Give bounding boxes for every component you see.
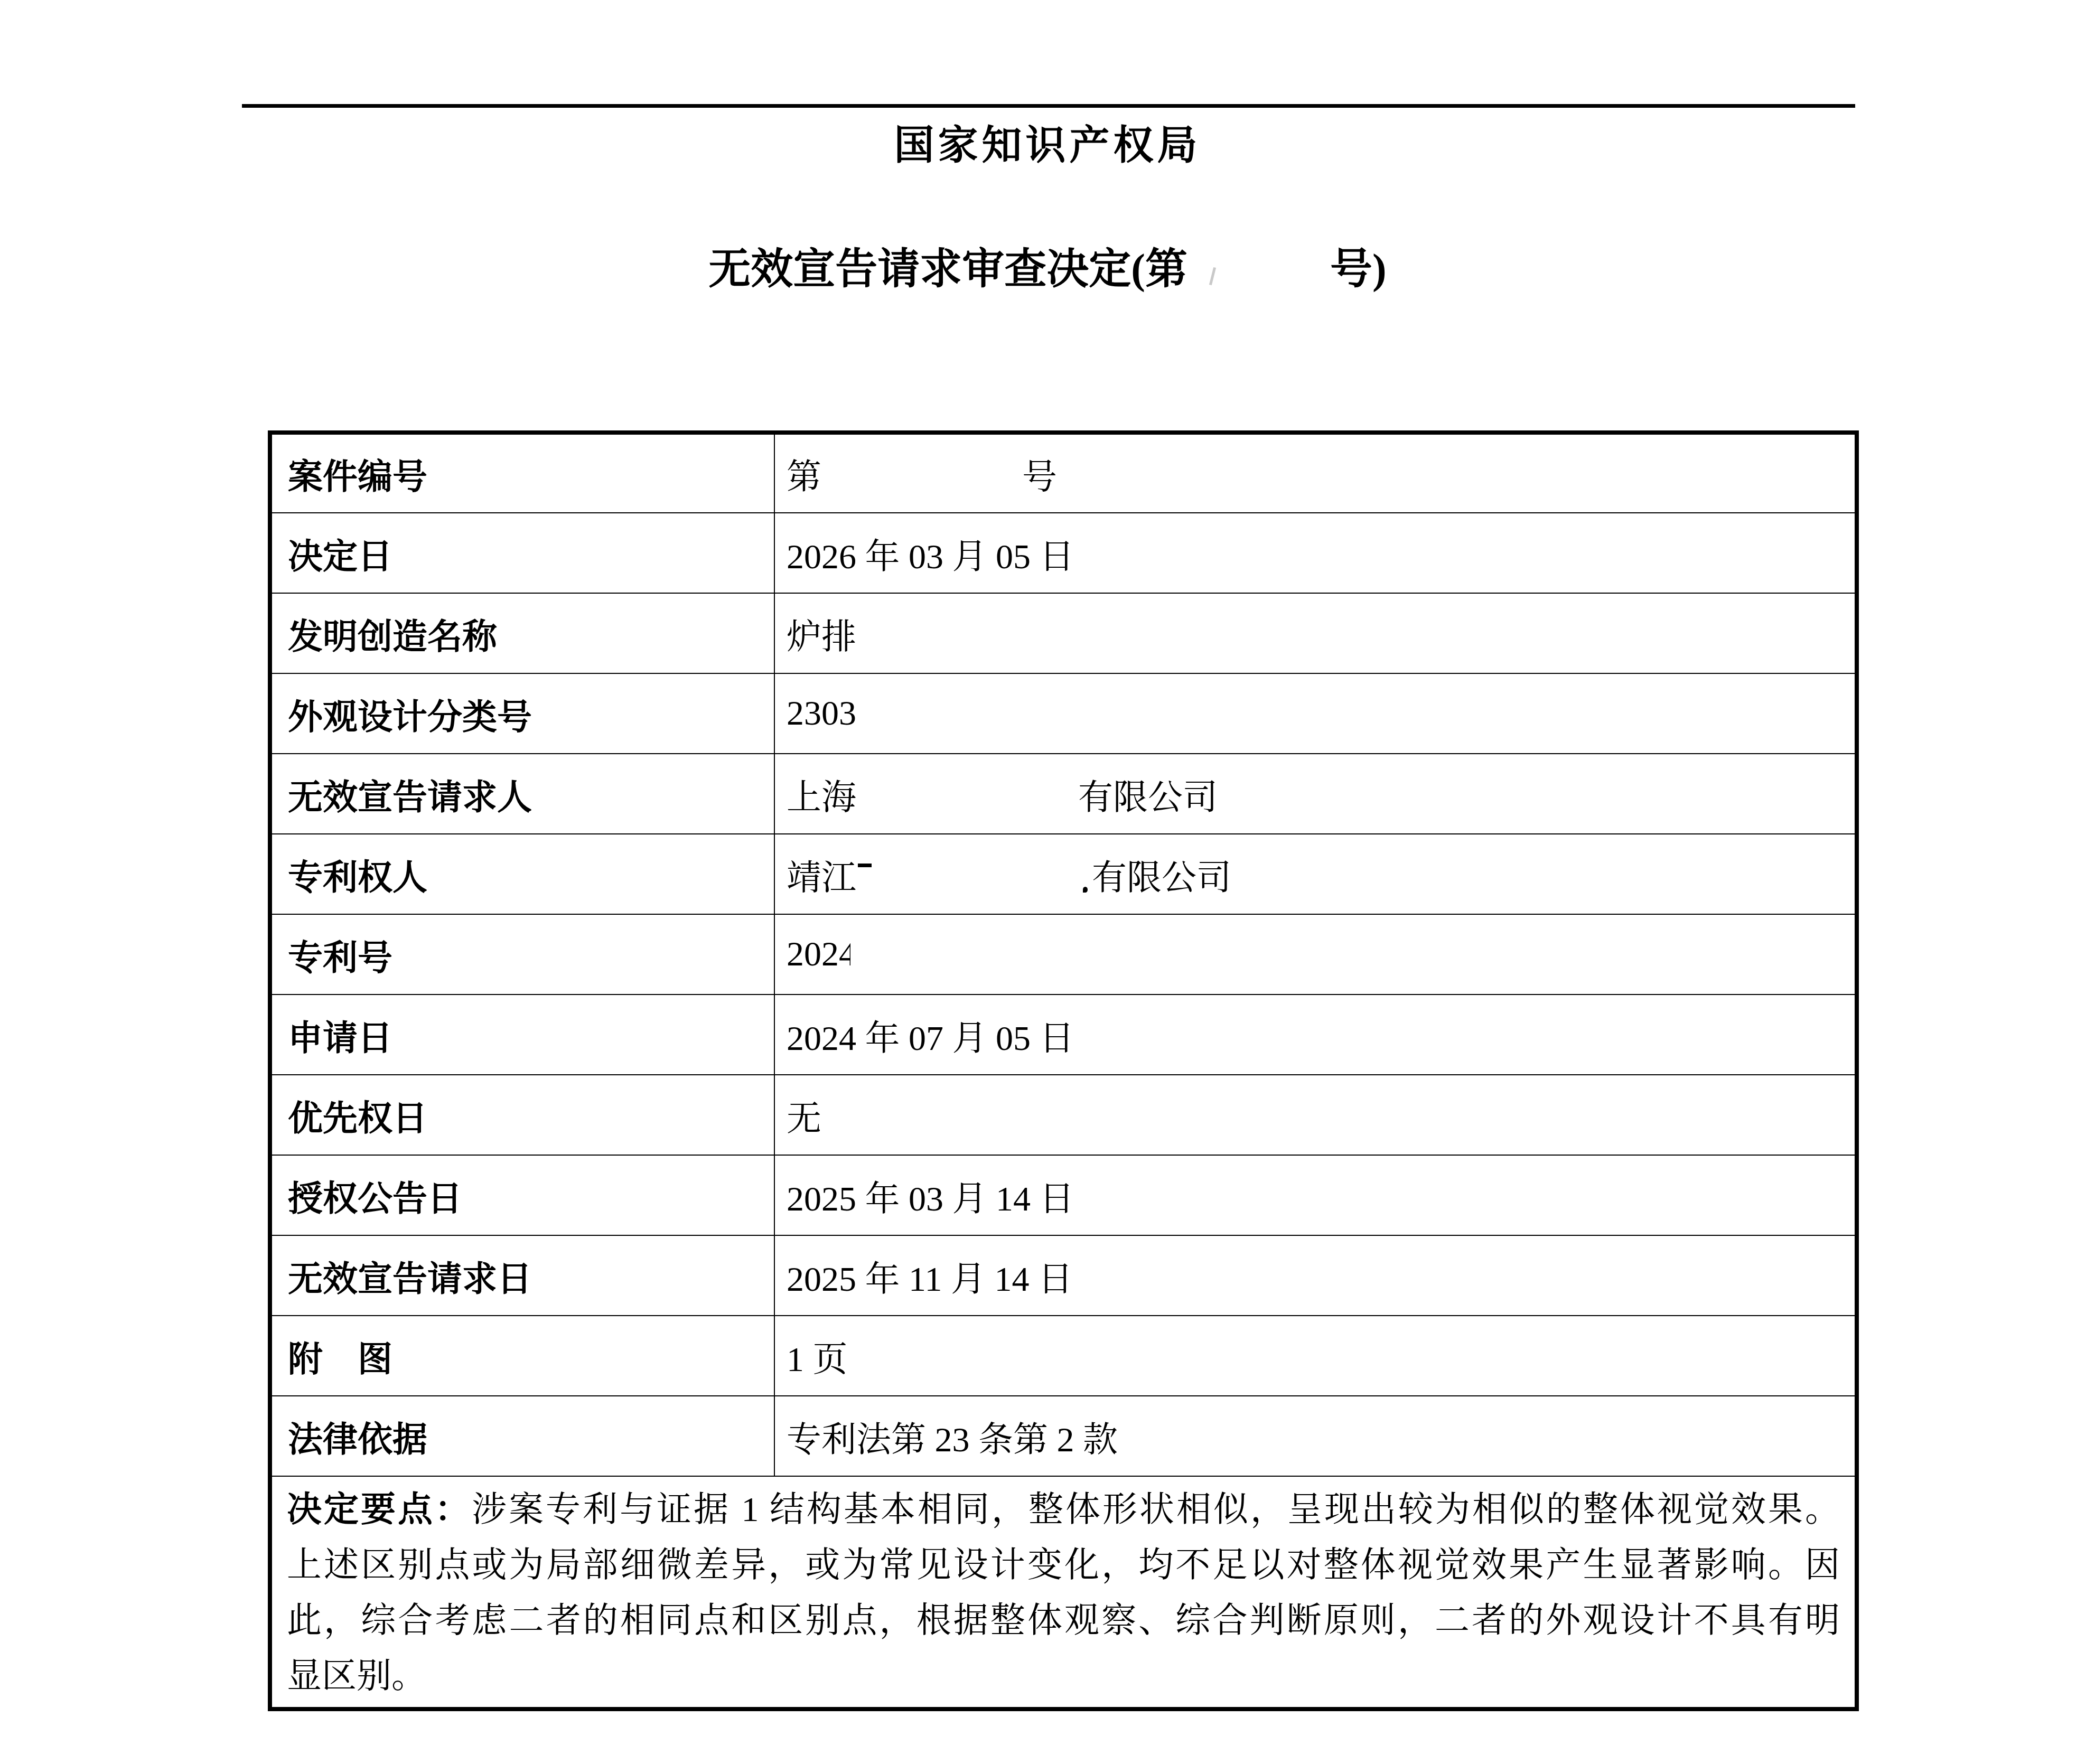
row-label: 法律依据	[270, 1396, 774, 1476]
case-info-table: 案件编号 第号 决定日 2026 年 03 月 05 日 发明创造名称 炉排 外…	[268, 430, 1859, 1711]
table-row-attached-figures: 附 图 1 页	[270, 1316, 1857, 1396]
row-value: 2024 年 07 月 05 日	[774, 994, 1857, 1075]
value-prefix: 上海	[787, 778, 856, 817]
table-row-patent-number: 专利号 2024	[270, 914, 1857, 994]
value-suffix: 有限公司	[1078, 778, 1218, 817]
decision-title: 无效宣告请求审查决定(第号)	[0, 234, 2095, 295]
key-points-line: 显区别。	[287, 1648, 1840, 1704]
value-prefix: 靖江	[787, 859, 856, 897]
row-label: 案件编号	[270, 433, 774, 513]
table-row-patentee: 专利权人 靖江有限公司	[270, 834, 1857, 914]
key-points-text: 涉案专利与证据 1 结构基本相同，整体形状相似，呈现出较为相似的整体视觉效果。	[472, 1490, 1840, 1529]
table-row-priority-date: 优先权日 无	[270, 1075, 1857, 1155]
row-value: 2024	[774, 914, 1857, 994]
row-label: 外观设计分类号	[270, 673, 774, 754]
value-prefix: 第	[787, 458, 821, 496]
header-rule	[242, 104, 1855, 108]
row-value: 2026 年 03 月 05 日	[774, 513, 1857, 593]
row-value: 2025 年 03 月 14 日	[774, 1155, 1857, 1235]
table-row-grant-date: 授权公告日 2025 年 03 月 14 日	[270, 1155, 1857, 1235]
row-value: 炉排	[774, 593, 1857, 673]
table-row-key-points: 决定要点：涉案专利与证据 1 结构基本相同，整体形状相似，呈现出较为相似的整体视…	[270, 1476, 1857, 1709]
table-row-case-number: 案件编号 第号	[270, 433, 1857, 513]
key-points-line: 此，综合考虑二者的相同点和区别点，根据整体观察、综合判断原则，二者的外观设计不具…	[287, 1593, 1840, 1648]
row-value: 上海有限公司	[774, 754, 1857, 834]
decision-title-prefix: 无效宣告请求审查决定(第	[708, 246, 1187, 293]
row-label: 附 图	[270, 1316, 774, 1396]
row-label: 无效宣告请求日	[270, 1235, 774, 1316]
key-points-line: 决定要点：涉案专利与证据 1 结构基本相同，整体形状相似，呈现出较为相似的整体视…	[287, 1482, 1840, 1537]
row-label: 授权公告日	[270, 1155, 774, 1235]
decision-title-suffix: 号)	[1330, 246, 1387, 293]
row-label: 优先权日	[270, 1075, 774, 1155]
row-label: 申请日	[270, 994, 774, 1075]
redaction-remnant	[858, 864, 872, 867]
row-value: 无	[774, 1075, 1857, 1155]
table-row-filing-date: 申请日 2024 年 07 月 05 日	[270, 994, 1857, 1075]
table-row-invention-title: 发明创造名称 炉排	[270, 593, 1857, 673]
table-row-design-class: 外观设计分类号 2303	[270, 673, 1857, 754]
row-label: 专利权人	[270, 834, 774, 914]
row-value: 2025 年 11 月 14 日	[774, 1235, 1857, 1316]
value-suffix: 有限公司	[1092, 859, 1231, 897]
key-points-line: 上述区别点或为局部细微差异，或为常见设计变化，均不足以对整体视觉效果产生显著影响…	[287, 1537, 1840, 1593]
table-row-decision-date: 决定日 2026 年 03 月 05 日	[270, 513, 1857, 593]
row-value: 第号	[774, 433, 1857, 513]
redaction-remnant	[1083, 887, 1088, 893]
key-points-label: 决定要点：	[287, 1490, 472, 1529]
document-page: 国家知识产权局 无效宣告请求审查决定(第号) 案件编号 第号 决定日 2026 …	[0, 0, 2095, 1764]
value-partial-digit: 4	[839, 934, 850, 974]
agency-title: 国家知识产权局	[0, 113, 2095, 171]
row-value: 2303	[774, 673, 1857, 754]
redaction-remnant	[1209, 267, 1216, 285]
table-row-petitioner: 无效宣告请求人 上海有限公司	[270, 754, 1857, 834]
table-row-invalidation-request-date: 无效宣告请求日 2025 年 11 月 14 日	[270, 1235, 1857, 1316]
row-label: 无效宣告请求人	[270, 754, 774, 834]
row-value: 1 页	[774, 1316, 1857, 1396]
table-row-legal-basis: 法律依据 专利法第 23 条第 2 款	[270, 1396, 1857, 1476]
key-points: 决定要点：涉案专利与证据 1 结构基本相同，整体形状相似，呈现出较为相似的整体视…	[270, 1476, 1857, 1709]
row-value: 靖江有限公司	[774, 834, 1857, 914]
value-suffix: 号	[1022, 458, 1057, 496]
row-label: 决定日	[270, 513, 774, 593]
row-value: 专利法第 23 条第 2 款	[774, 1396, 1857, 1476]
row-label: 发明创造名称	[270, 593, 774, 673]
value-visible: 202	[787, 935, 839, 973]
redaction-gap	[1187, 246, 1330, 294]
row-label: 专利号	[270, 914, 774, 994]
